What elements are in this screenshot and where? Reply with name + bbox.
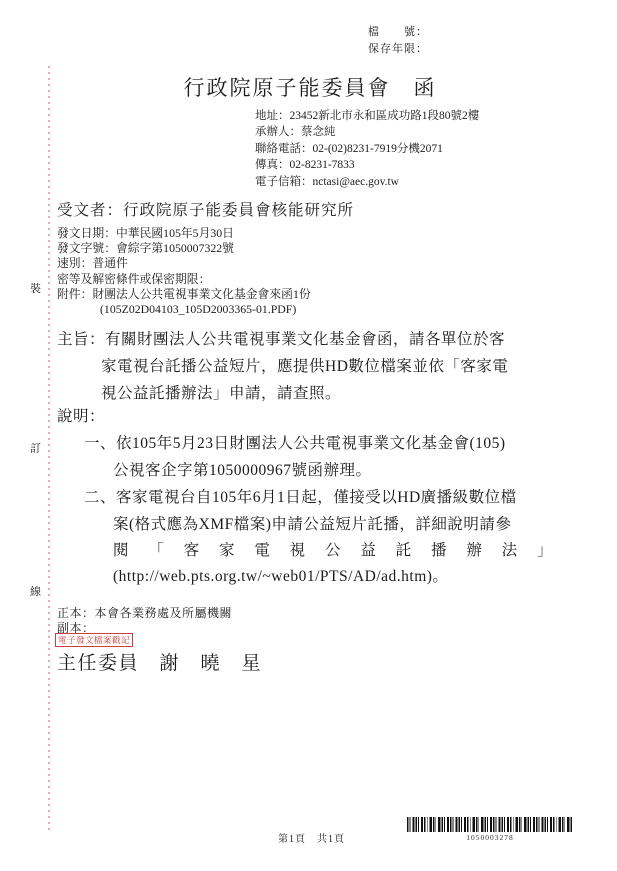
binding-mark-xian: 線 — [30, 583, 41, 599]
explanation-item1-line1: 一、依105年5月23日財團法人公共電視事業文化基金會(105) — [84, 431, 506, 453]
document-page: 裝 訂 線 檔 號： 保存年限： 行政院原子能委員會 函 地址：23452新北市… — [0, 0, 617, 871]
retention-period-label: 保存年限： — [368, 41, 428, 58]
explanation-item2-line3: 閱 「 客 家 電 視 公 益 託 播 辦 法 」 — [113, 538, 553, 560]
document-title: 行政院原子能委員會 函 — [120, 72, 500, 102]
explanation-item2-line1: 二、客家電視台自105年6月1日起，僅接受以HD廣播級數位檔 — [84, 485, 517, 507]
issue-date-line: 發文日期：中華民國105年5月30日 — [57, 226, 311, 241]
sender-contact-block: 地址：23452新北市永和區成功路1段80號2樓 承辦人：蔡念純 聯絡電話：02… — [255, 108, 479, 190]
binding-dotted-line — [48, 66, 50, 832]
explanation-label: 說明： — [57, 404, 105, 426]
signer-line: 主任委員 謝 曉 星 — [57, 648, 262, 675]
subject-line-2: 家電視台託播公益短片，應提供HD數位檔案並依「客家電 — [101, 354, 508, 376]
attachment-line: 附件：財團法人公共電視事業文化基金會來函1份 — [57, 287, 311, 302]
subject-line-3: 視公益託播辦法」申請，請查照。 — [101, 381, 341, 403]
doc-number-line: 發文字號：會綜字第1050007322號 — [57, 241, 311, 256]
sender-email: 電子信箱：nctasi@aec.gov.tw — [255, 174, 479, 190]
explanation-item1-line2: 公視客企字第1050000967號函辦理。 — [113, 458, 372, 480]
file-number-block: 檔 號： 保存年限： — [368, 24, 428, 58]
binding-mark-zhuang: 裝 — [30, 280, 41, 296]
binding-mark-ding: 訂 — [30, 440, 41, 456]
sender-contact-person: 承辦人：蔡念純 — [255, 124, 479, 140]
speed-line: 速別：普通件 — [57, 256, 311, 271]
sender-fax: 傳真：02-8231-7833 — [255, 157, 479, 173]
attachment-filename: (105Z02D04103_105D2003365-01.PDF) — [57, 302, 311, 317]
explanation-item2-url: (http://web.pts.org.tw/~web01/PTS/AD/ad.… — [113, 564, 448, 586]
barcode — [407, 817, 573, 832]
electronic-dispatch-stamp: 電子發文檔案戳記 — [55, 633, 133, 647]
explanation-item2-line2: 案(格式應為XMF檔案)申請公益短片託播，詳細說明請參 — [113, 512, 511, 534]
barcode-number: 1050003278 — [407, 833, 573, 842]
security-line: 密等及解密條件或保密期限： — [57, 272, 311, 287]
sender-phone: 聯絡電話：02-(02)8231-7919分機2071 — [255, 141, 479, 157]
meta-block: 發文日期：中華民國105年5月30日 發文字號：會綜字第1050007322號 … — [57, 226, 311, 317]
page-number-info: 第1頁 共1頁 — [278, 830, 345, 845]
subject-line-1: 主旨：有關財團法人公共電視事業文化基金會函，請各單位於客 — [57, 327, 505, 349]
file-number-label: 檔 號： — [368, 24, 428, 41]
sender-address: 地址：23452新北市永和區成功路1段80號2樓 — [255, 108, 479, 124]
recipient-line: 受文者：行政院原子能委員會核能研究所 — [57, 198, 354, 220]
